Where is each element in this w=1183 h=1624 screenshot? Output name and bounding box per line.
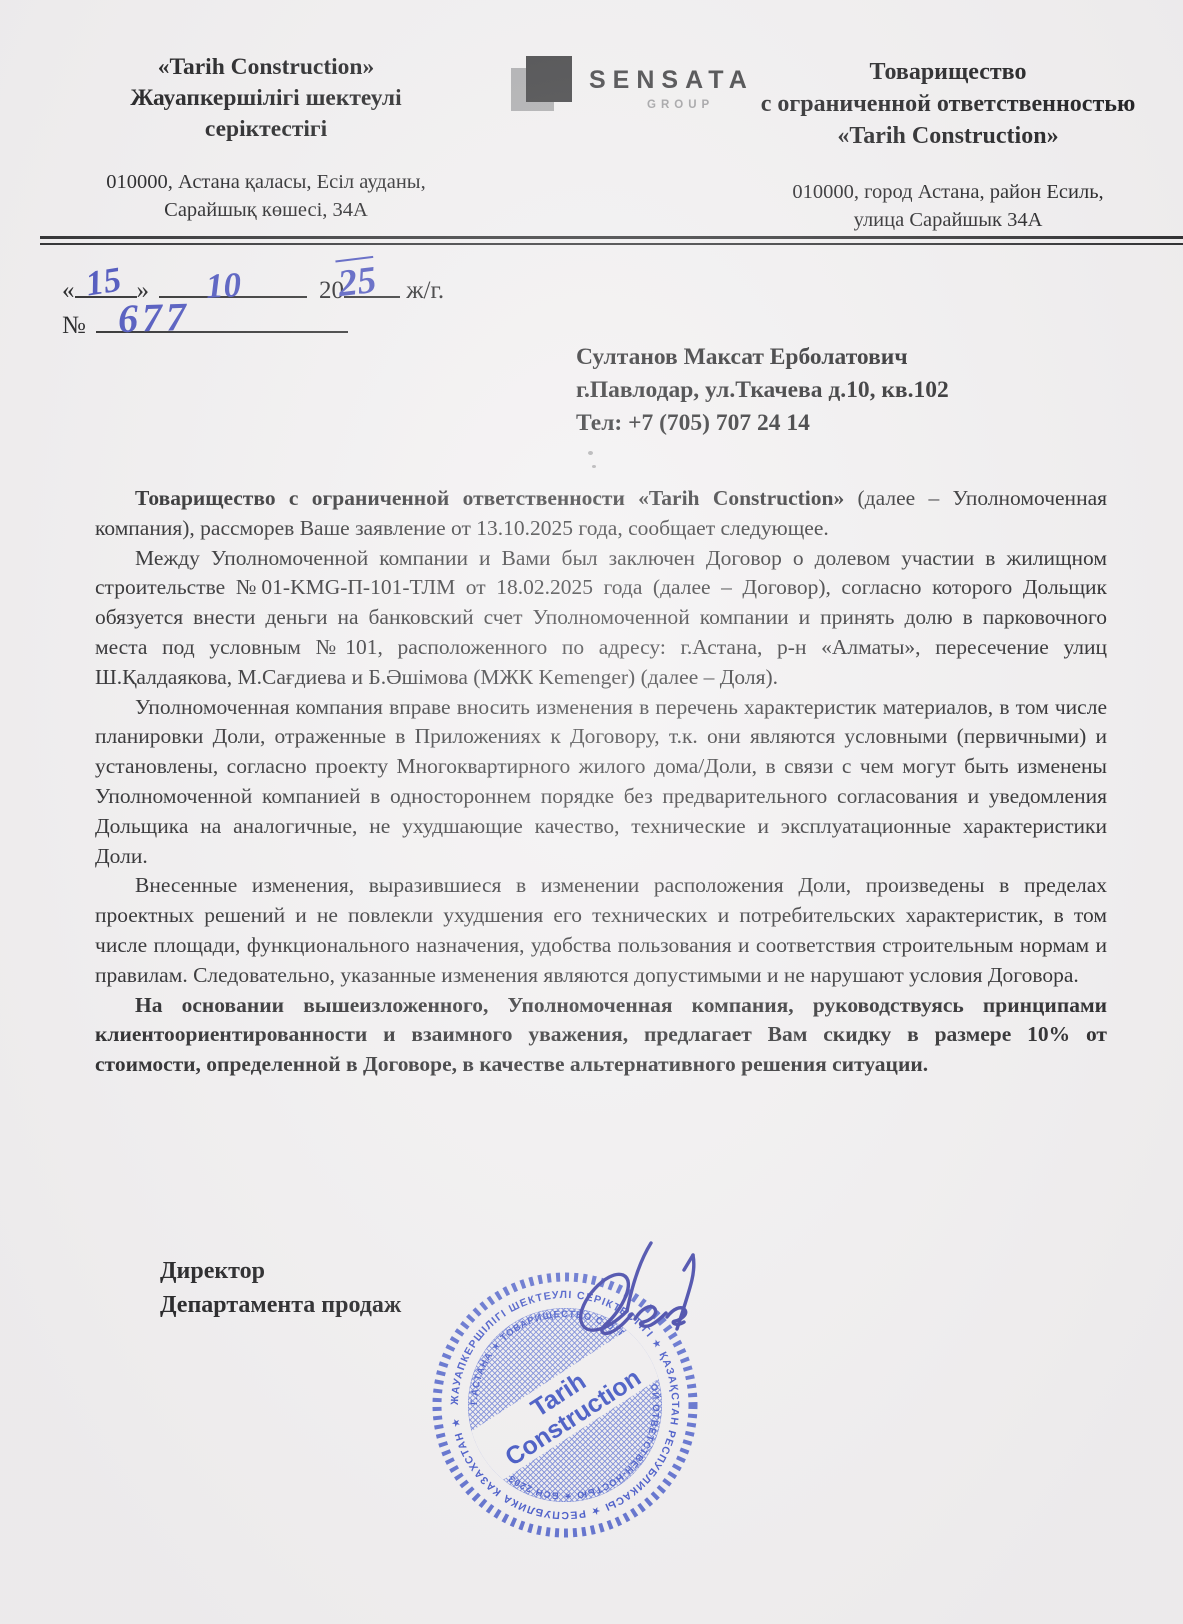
company-address-ru: 010000, город Астана, район Есиль, улица… [742, 178, 1154, 234]
scan-speck [588, 451, 593, 455]
logo-sub-text: GROUP [647, 99, 714, 111]
recipient-phone: Тел: +7 (705) 707 24 14 [576, 407, 949, 440]
recipient-block: Султанов Максат Ерболатович г.Павлодар, … [576, 341, 949, 440]
recipient-address: г.Павлодар, ул.Ткачева д.10, кв.102 [576, 374, 949, 407]
paragraph-changes: Внесенные изменения, выразившиеся в изме… [95, 871, 1107, 990]
letter-body: Товарищество с ограниченной ответственно… [95, 484, 1107, 1080]
paragraph-offer: На основании вышеизложенного, Уполномоче… [95, 991, 1107, 1080]
letterhead-right: Товарищество с ограниченной ответственно… [742, 56, 1154, 234]
logo-dark-square-icon [526, 56, 572, 102]
letter-page: «Tarih Construction» Жауапкершілігі шект… [0, 0, 1183, 1624]
company-address-kz: 010000, Астана қаласы, Есіл ауданы, Сара… [66, 168, 466, 224]
sensata-logo: SENSATA GROUP [495, 54, 745, 124]
paragraph-contract: Между Уполномоченной компании и Вами был… [95, 544, 1107, 693]
letterhead-left: «Tarih Construction» Жауапкершілігі шект… [66, 52, 466, 224]
paragraph-intro: Товарищество с ограниченной ответственно… [95, 484, 1107, 544]
handwritten-month: 10 [205, 265, 242, 307]
signature-ink [555, 1225, 725, 1365]
company-name-ru: Товарищество с ограниченной ответственно… [742, 56, 1154, 152]
handwritten-year: 25 [335, 256, 378, 306]
company-name-kz: «Tarih Construction» Жауапкершілігі шект… [66, 52, 466, 145]
handwritten-doc-number: 677 [117, 293, 191, 342]
signer-title-block: Директор Департамента продаж [160, 1254, 401, 1322]
paragraph-rights: Уполномоченная компания вправе вносить и… [95, 693, 1107, 872]
header-divider [40, 236, 1183, 245]
logo-brand-text: SENSATA [589, 66, 754, 95]
scan-speck [592, 465, 596, 468]
recipient-name: Султанов Максат Ерболатович [576, 341, 949, 374]
